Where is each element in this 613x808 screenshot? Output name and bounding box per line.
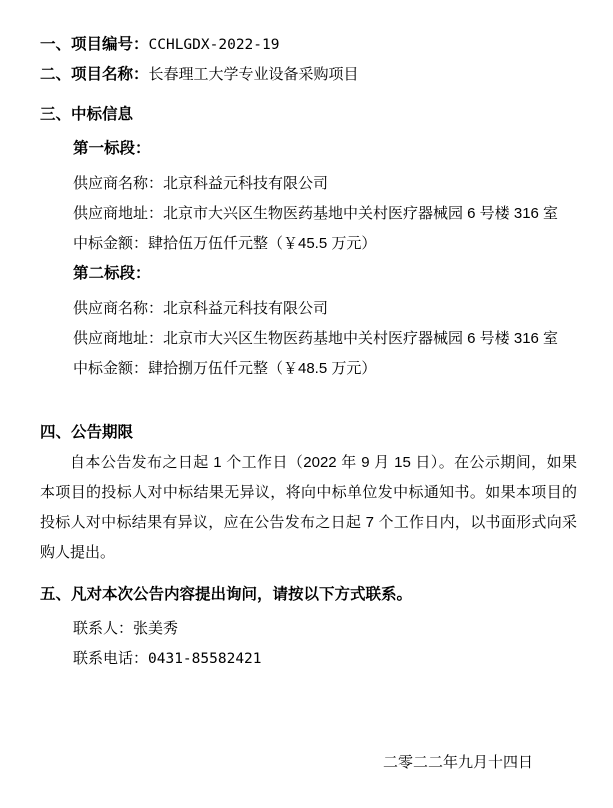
lot-1-award-amount-line: 中标金额：肆拾伍万伍仟元整（￥45.5 万元） [73, 229, 577, 259]
lot-2-supplier-name-line: 供应商名称：北京科益元科技有限公司 [73, 294, 577, 324]
contact-phone-label: 联系电话： [73, 650, 148, 667]
contact-name-line: 联系人：张美秀 [73, 614, 577, 644]
lot-2-title: 第二标段： [73, 259, 577, 289]
project-number-line: 一、项目编号：CCHLGDX-2022-19 [40, 30, 577, 60]
contact-phone-value: 0431-85582421 [148, 651, 262, 667]
project-name-value: 长春理工大学专业设备采购项目 [149, 66, 359, 83]
lot-1-supplier-address-line: 供应商地址：北京市大兴区生物医药基地中关村医疗器械园 6 号楼 316 室 [73, 199, 577, 229]
award-info-heading: 三、中标信息 [40, 100, 577, 130]
lot-1-supplier-name-line: 供应商名称：北京科益元科技有限公司 [73, 169, 577, 199]
lot-1-title: 第一标段： [73, 134, 577, 164]
announcement-period-paragraph: 自本公告发布之日起 1 个工作日（2022 年 9 月 15 日）。在公示期间，… [40, 448, 577, 568]
contact-name-label: 联系人： [73, 620, 133, 637]
lot-2-supplier-address-line: 供应商地址：北京市大兴区生物医药基地中关村医疗器械园 6 号楼 316 室 [73, 324, 577, 354]
announcement-page: 一、项目编号：CCHLGDX-2022-19 二、项目名称：长春理工大学专业设备… [0, 0, 613, 808]
contact-phone-line: 联系电话：0431-85582421 [73, 644, 577, 674]
lot-2-section: 第二标段： 供应商名称：北京科益元科技有限公司 供应商地址：北京市大兴区生物医药… [40, 259, 577, 384]
inquiry-heading: 五、凡对本次公告内容提出询问，请按以下方式联系。 [40, 580, 577, 610]
document-date: 二零二二年九月十四日 [40, 748, 577, 778]
project-number-label: 一、项目编号： [40, 36, 149, 53]
lot-1-section: 第一标段： 供应商名称：北京科益元科技有限公司 供应商地址：北京市大兴区生物医药… [40, 134, 577, 259]
project-name-line: 二、项目名称：长春理工大学专业设备采购项目 [40, 60, 577, 90]
project-name-label: 二、项目名称： [40, 66, 149, 83]
announcement-period-heading: 四、公告期限 [40, 418, 577, 448]
contact-name-value: 张美秀 [133, 620, 178, 637]
project-number-value: CCHLGDX-2022-19 [149, 37, 280, 53]
lot-2-award-amount-line: 中标金额：肆拾捌万伍仟元整（￥48.5 万元） [73, 354, 577, 384]
